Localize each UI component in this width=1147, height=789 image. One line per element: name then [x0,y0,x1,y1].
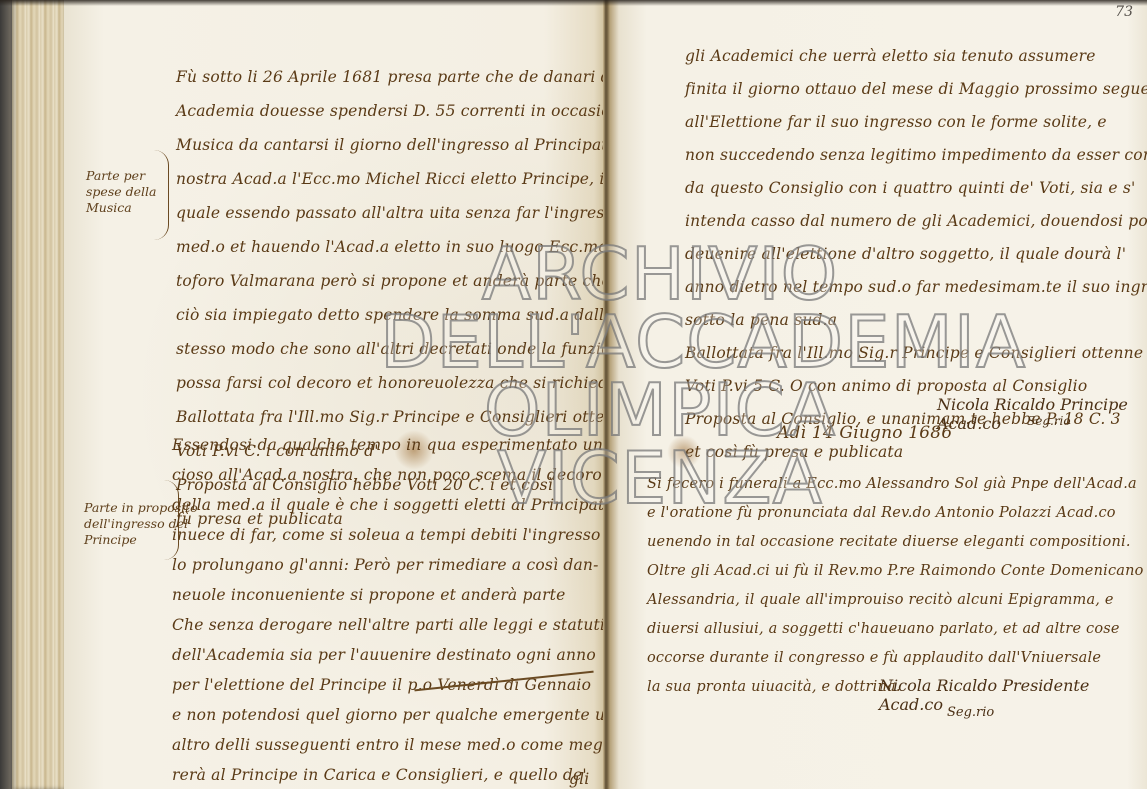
text-line: Ballottata fra l'Ill.mo Sig.r Principe e… [685,337,1147,370]
text-line: all'Elettione far il suo ingresso con le… [685,106,1147,139]
text-line: diuersi allusiui, a soggetti c'haueuano … [647,615,1147,644]
text-line: Musica da cantarsi il giorno dell'ingres… [176,128,607,162]
margin-note-musica: Parte per spese della Musica [86,168,156,216]
text-line: occorse durante il congresso e fù applau… [647,644,1147,673]
text-line: deuenire all'elettione d'altro soggetto,… [685,238,1147,271]
text-line: intenda casso dal numero de gli Academic… [685,205,1147,238]
signature-role: Seg.rio [947,705,994,720]
text-line: Ballottata fra l'Ill.mo Sig.r Principe e… [176,400,607,434]
signature-role: Seg.rio [1027,414,1071,428]
text-line: stesso modo che sono all'altri decretati… [176,332,607,366]
book-scan: Parte per spese della Musica Parte in pr… [0,0,1147,789]
text-line: da questo Consiglio con i quattro quinti… [685,172,1147,205]
text-line: non succedendo senza legitimo impediment… [685,139,1147,172]
text-line: quale essendo passato all'altra uita sen… [176,196,607,230]
text-line: inuece di far, come si soleua a tempi de… [172,520,607,550]
text-line: neuole inconueniente si propone et ander… [172,580,607,610]
text-line: gli Academici che uerrà eletto sia tenut… [685,40,1147,73]
text-line: Fù sotto li 26 Aprile 1681 presa parte c… [176,60,607,94]
text-line: e l'oratione fù pronunciata dal Rev.do A… [647,499,1147,528]
signature-presidente: Nicola Ricaldo Presidente Acad.co [879,676,1147,714]
book-page-edges [12,0,65,789]
right-page: 73 gli Academici che uerrà eletto sia te… [607,0,1147,789]
margin-note-line: spese della [86,184,156,200]
text-line: rerà al Principe in Carica e Consiglieri… [172,760,607,789]
text-line: possa farsi col decoro et honoreuolezza … [176,366,607,400]
text-line: della med.a il quale è che i soggetti el… [172,490,607,520]
text-line: ciò sia impiegato detto spendere la somm… [176,298,607,332]
date-heading: Adì 14 Giugno 1686 [777,423,952,443]
margin-note-line: Parte per [86,168,156,184]
text-line: Oltre gli Acad.ci ui fù il Rev.mo P.re R… [647,557,1147,586]
text-line: e non potendosi quel giorno per qualche … [172,700,607,730]
page-number: 73 [1115,4,1133,20]
text-line: nostra Acad.a l'Ecc.mo Michel Ricci elet… [176,162,607,196]
text-line: uenendo in tal occasione recitate diuers… [647,528,1147,557]
text-line: sotto la pena sud.a [685,304,1147,337]
catchword: gli [569,770,589,788]
left-page-text-2: Essendosi da qualche tempo in qua esperi… [172,430,607,789]
right-page-text-2: Si fecero i funerali a Ecc.mo Alessandro… [647,470,1147,702]
margin-brace [154,150,169,240]
left-page: Parte per spese della Musica Parte in pr… [64,0,607,789]
text-line: Che senza derogare nell'altre parti alle… [172,610,607,640]
text-line: anno dietro nel tempo sud.o far medesima… [685,271,1147,304]
text-line: med.o et hauendo l'Acad.a eletto in suo … [176,230,607,264]
text-line: cioso all'Acad.a nostra, che non poco sc… [172,460,607,490]
text-line: dell'Academia sia per l'auuenire destina… [172,640,607,670]
text-line: per l'elettione del Principe il p.o Vene… [172,670,607,700]
text-line: lo prolungano gl'anni: Però per rimediar… [172,550,607,580]
text-line: altro delli susseguenti entro il mese me… [172,730,607,760]
text-line: Academia douesse spendersi D. 55 corrent… [176,94,607,128]
text-line: Si fecero i funerali a Ecc.mo Alessandro… [647,470,1147,499]
text-line: Essendosi da qualche tempo in qua esperi… [172,430,607,460]
text-line: Alessandria, il quale all'improuiso reci… [647,586,1147,615]
top-edge-shadow [0,0,1147,6]
margin-note-line: Musica [86,200,156,216]
text-line: finita il giorno ottauo del mese di Magg… [685,73,1147,106]
text-line: toforo Valmarana però si propone et ande… [176,264,607,298]
